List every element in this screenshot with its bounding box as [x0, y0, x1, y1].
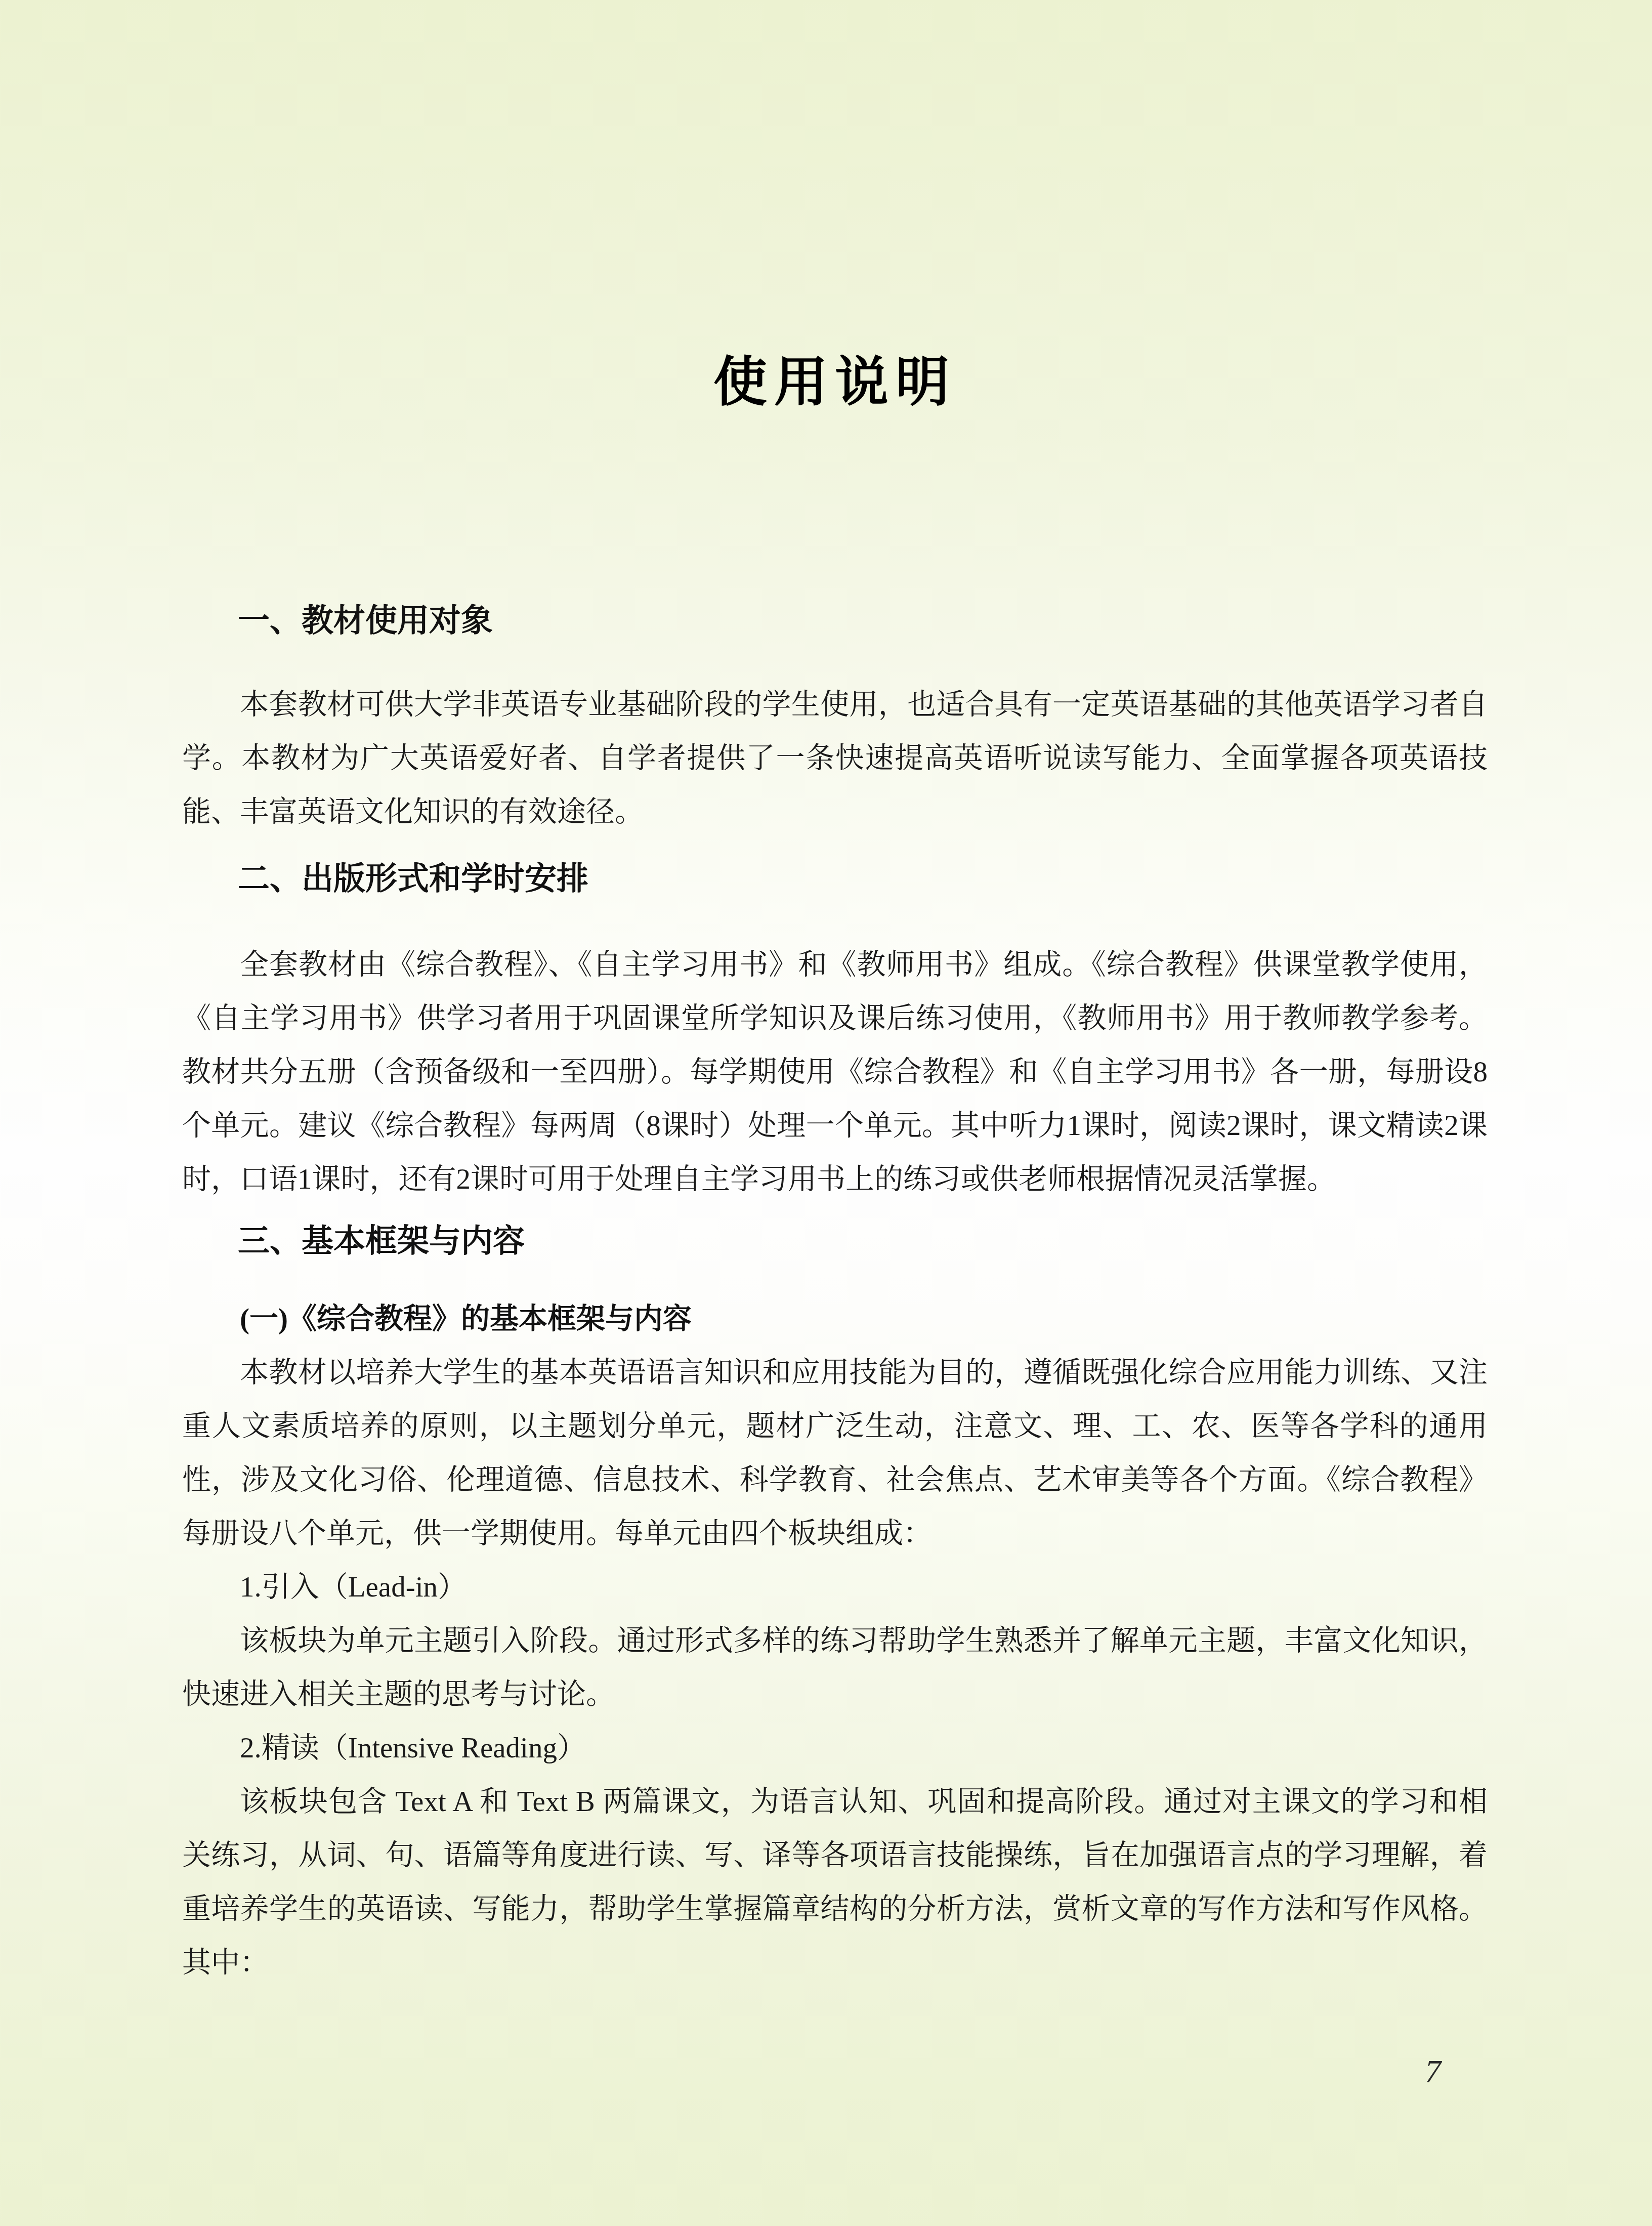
subsection-1-intro-paragraph: 本教材以培养大学生的基本英语语言知识和应用技能为目的，遵循既强化综合应用能力训练…	[182, 1346, 1488, 1561]
item-1-body: 该板块为单元主题引入阶段。通过形式多样的练习帮助学生熟悉并了解单元主题，丰富文化…	[182, 1614, 1488, 1721]
item-1-label: 1.引入（Lead-in）	[182, 1561, 1488, 1614]
page-title: 使用说明	[182, 349, 1488, 416]
section-3-heading: 三、基本框架与内容	[182, 1223, 1488, 1259]
section-1-paragraph: 本套教材可供大学非英语专业基础阶段的学生使用，也适合具有一定英语基础的其他英语学…	[182, 678, 1488, 839]
document-page: 使用说明 一、教材使用对象 本套教材可供大学非英语专业基础阶段的学生使用，也适合…	[0, 0, 1652, 2226]
section-2-paragraph: 全套教材由《综合教程》、《自主学习用书》和《教师用书》组成。《综合教程》供课堂教…	[182, 938, 1488, 1206]
section-1-heading: 一、教材使用对象	[182, 602, 1488, 639]
subsection-1-heading: (一)《综合教程》的基本框架与内容	[182, 1292, 1488, 1346]
item-2-body: 该板块包含 Text A 和 Text B 两篇课文，为语言认知、巩固和提高阶段…	[182, 1775, 1488, 1990]
section-2-heading: 二、出版形式和学时安排	[182, 860, 1488, 897]
item-2-label: 2.精读（Intensive Reading）	[182, 1721, 1488, 1775]
page-number: 7	[1425, 2053, 1441, 2090]
page-content: 使用说明 一、教材使用对象 本套教材可供大学非英语专业基础阶段的学生使用，也适合…	[182, 0, 1488, 1990]
